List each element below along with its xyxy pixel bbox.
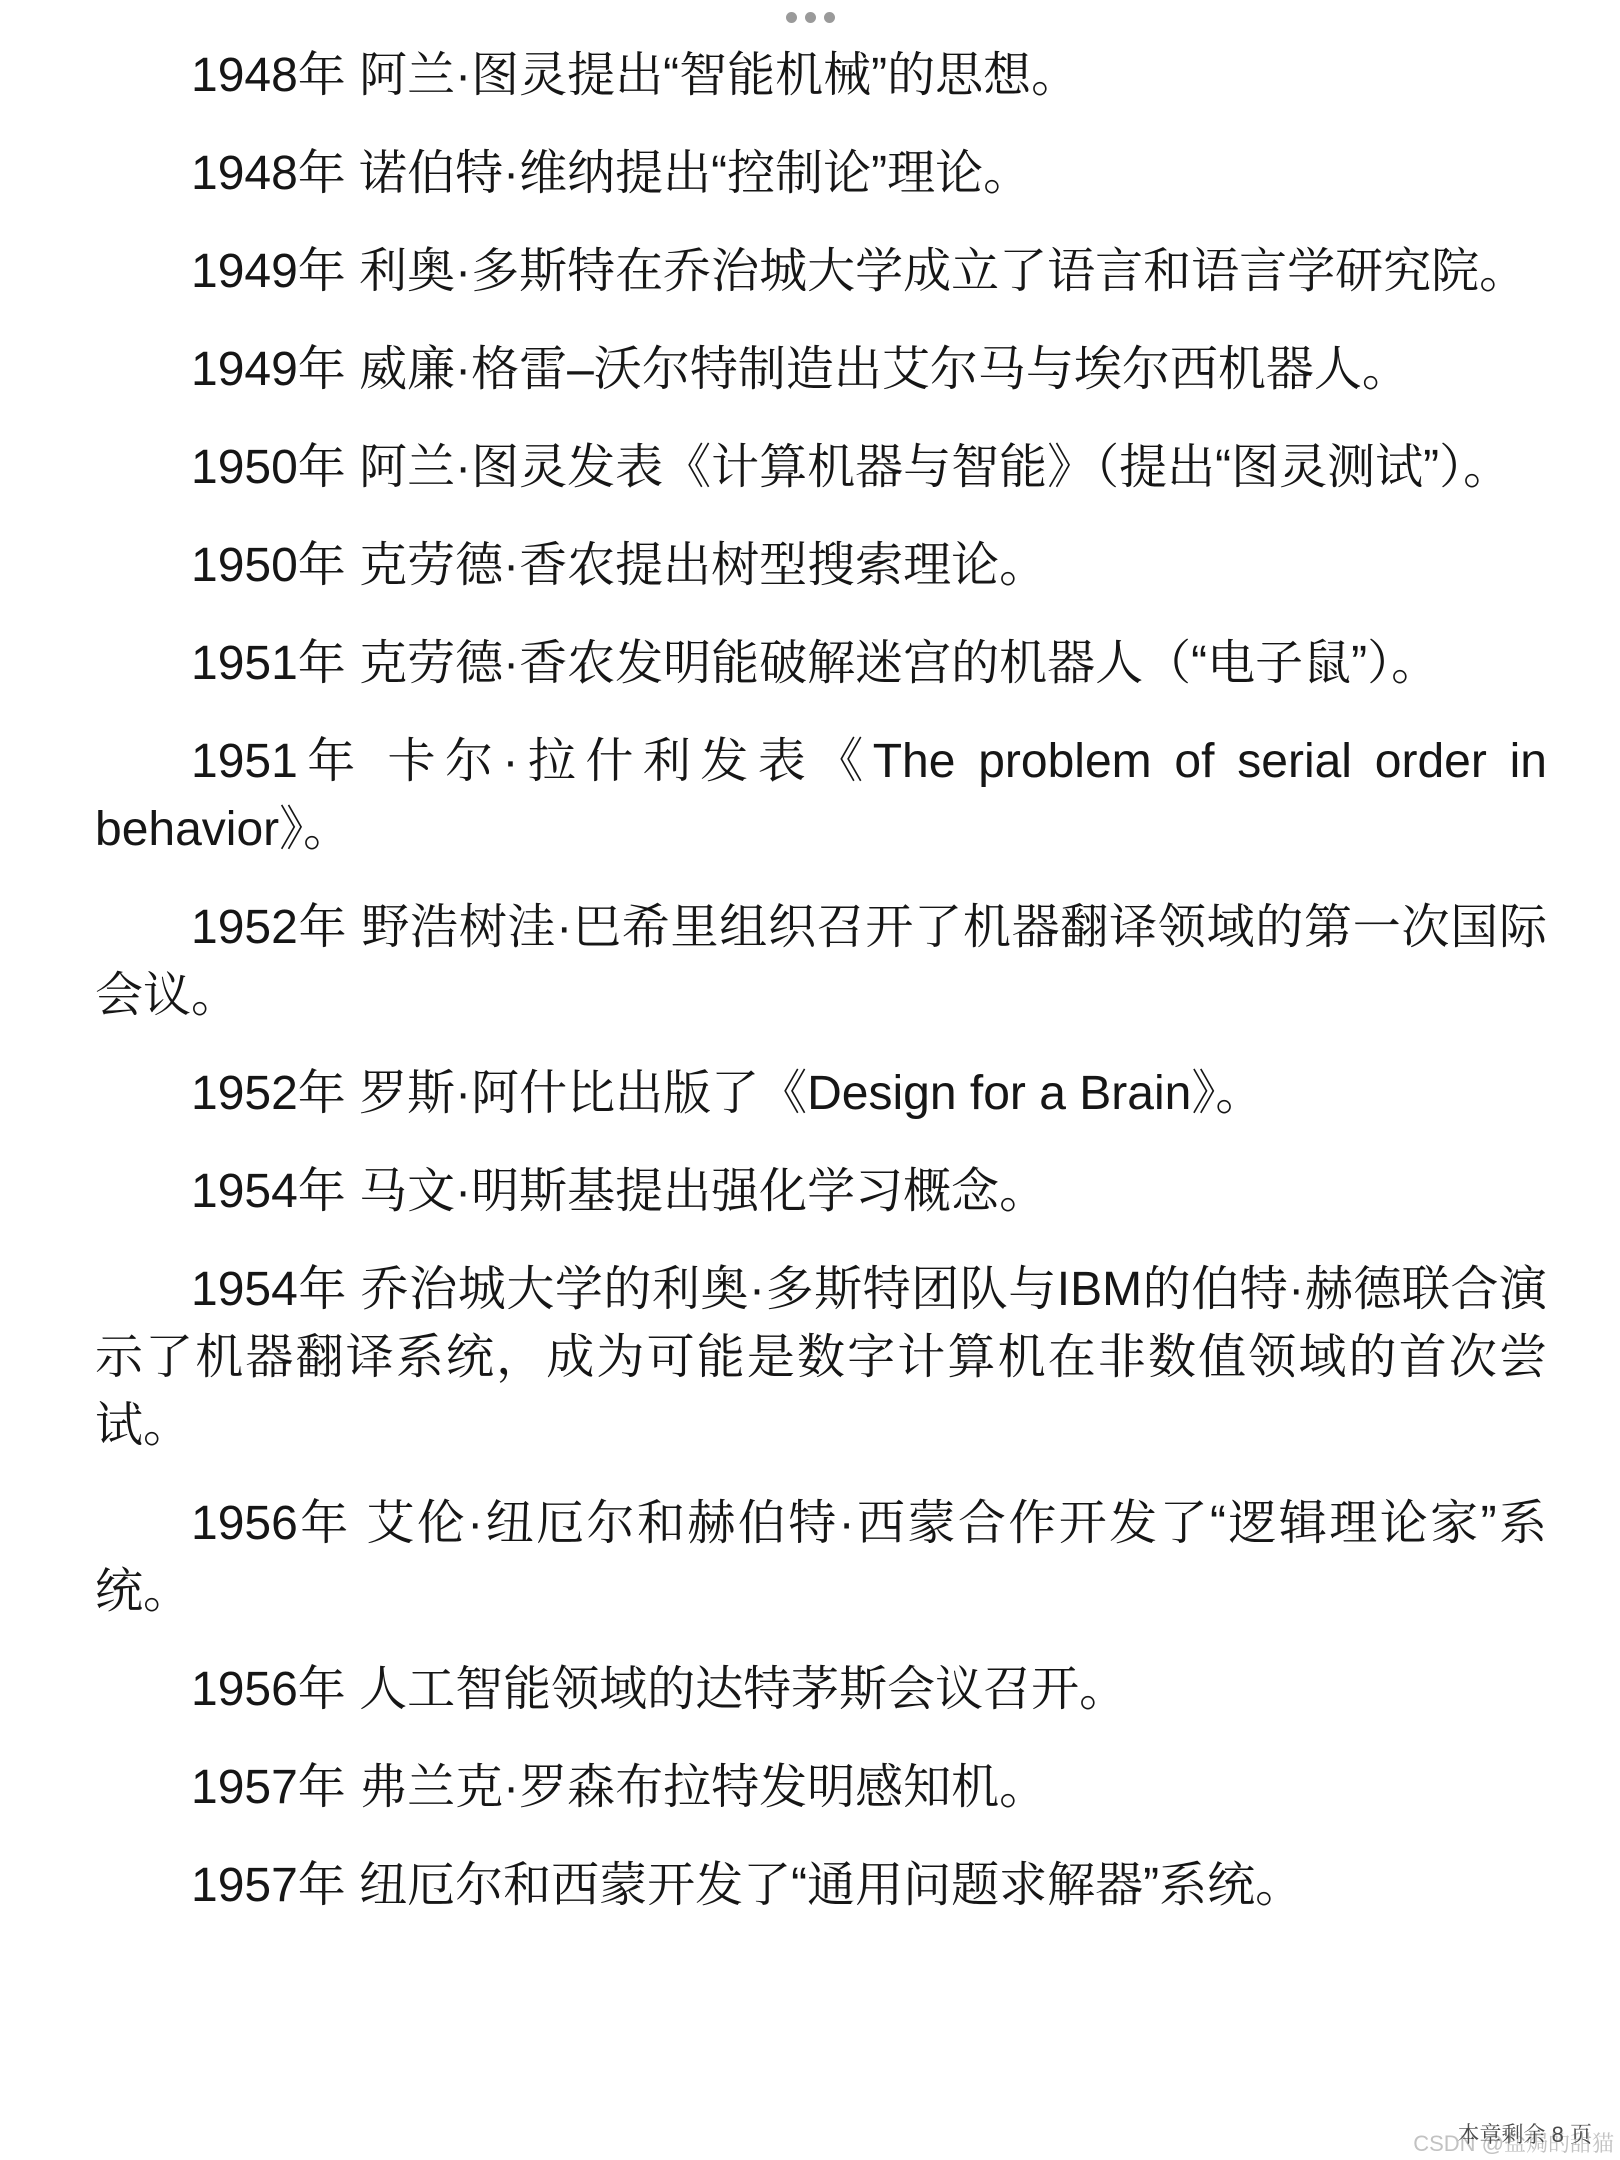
entry-year: 1949年 (191, 343, 346, 396)
timeline-paragraph: 1952年 野浩树洼·巴希里组织召开了机器翻译领域的第一次国际会议。 (95, 894, 1547, 1030)
dot-icon (786, 12, 797, 23)
timeline-paragraph: 1949年 威廉·格雷–沃尔特制造出艾尔马与埃尔西机器人。 (95, 336, 1547, 404)
reader-page: { "page": { "background_color": "#ffffff… (0, 0, 1620, 2160)
entry-year: 1957年 (191, 1859, 346, 1912)
timeline-paragraph: 1956年 艾伦·纽厄尔和赫伯特·西蒙合作开发了“逻辑理论家”系统。 (95, 1490, 1547, 1626)
entry-event: 阿兰·图灵提出“智能机械”的思想。 (359, 49, 1079, 102)
timeline-paragraph: 1951年 克劳德·香农发明能破解迷宫的机器人（“电子鼠”）。 (95, 630, 1547, 698)
entry-year: 1952年 (191, 1067, 346, 1120)
entry-event: 克劳德·香农发明能破解迷宫的机器人（“电子鼠”）。 (359, 637, 1439, 690)
timeline-paragraph: 1954年 马文·明斯基提出强化学习概念。 (95, 1158, 1547, 1226)
timeline-paragraph: 1948年 阿兰·图灵提出“智能机械”的思想。 (95, 42, 1547, 110)
pages-remaining-label: 本章剩余 8 页 (1458, 2118, 1592, 2149)
entry-year: 1949年 (191, 245, 346, 298)
timeline-paragraph: 1948年 诺伯特·维纳提出“控制论”理论。 (95, 140, 1547, 208)
entry-year: 1948年 (191, 147, 346, 200)
timeline-paragraph: 1950年 克劳德·香农提出树型搜索理论。 (95, 532, 1547, 600)
timeline-paragraph: 1954年 乔治城大学的利奥·多斯特团队与IBM的伯特·赫德联合演示了机器翻译系… (95, 1256, 1547, 1460)
entry-year: 1951年 (191, 735, 365, 788)
entry-event: 纽厄尔和西蒙开发了“通用问题求解器”系统。 (359, 1859, 1303, 1912)
entry-event: 克劳德·香农提出树型搜索理论。 (359, 539, 1047, 592)
timeline-paragraph: 1949年 利奥·多斯特在乔治城大学成立了语言和语言学研究院。 (95, 238, 1547, 306)
entry-event: 罗斯·阿什比出版了《Design for a Brain》。 (359, 1067, 1263, 1120)
more-options-icon[interactable] (0, 12, 1620, 23)
timeline-paragraph: 1957年 纽厄尔和西蒙开发了“通用问题求解器”系统。 (95, 1852, 1547, 1920)
entry-year: 1950年 (191, 441, 346, 494)
entry-year: 1956年 (191, 1497, 351, 1550)
entry-event: 诺伯特·维纳提出“控制论”理论。 (359, 147, 1031, 200)
dot-icon (805, 12, 816, 23)
entry-event: 马文·明斯基提出强化学习概念。 (359, 1165, 1047, 1218)
timeline-paragraph: 1950年 阿兰·图灵发表《计算机器与智能》（提出“图灵测试”）。 (95, 434, 1547, 502)
entry-year: 1948年 (191, 49, 346, 102)
dot-icon (824, 12, 835, 23)
entry-event: 威廉·格雷–沃尔特制造出艾尔马与埃尔西机器人。 (359, 343, 1410, 396)
entry-year: 1954年 (191, 1165, 346, 1218)
entry-year: 1951年 (191, 637, 346, 690)
entry-event: 利奥·多斯特在乔治城大学成立了语言和语言学研究院。 (359, 245, 1527, 298)
timeline-paragraph: 1952年 罗斯·阿什比出版了《Design for a Brain》。 (95, 1060, 1547, 1128)
entry-year: 1957年 (191, 1761, 346, 1814)
entry-event: 弗兰克·罗森布拉特发明感知机。 (359, 1761, 1047, 1814)
page-content: 1948年 阿兰·图灵提出“智能机械”的思想。 1948年 诺伯特·维纳提出“控… (95, 42, 1547, 1950)
timeline-paragraph: 1951年 卡尔·拉什利发表《The problem of serial ord… (95, 728, 1547, 864)
entry-year: 1954年 (191, 1263, 347, 1316)
timeline-paragraph: 1956年 人工智能领域的达特茅斯会议召开。 (95, 1656, 1547, 1724)
entry-event: 阿兰·图灵发表《计算机器与智能》（提出“图灵测试”）。 (359, 441, 1511, 494)
entry-event: 人工智能领域的达特茅斯会议召开。 (359, 1663, 1127, 1716)
entry-year: 1956年 (191, 1663, 346, 1716)
timeline-paragraph: 1957年 弗兰克·罗森布拉特发明感知机。 (95, 1754, 1547, 1822)
entry-year: 1952年 (191, 901, 347, 954)
entry-year: 1950年 (191, 539, 346, 592)
